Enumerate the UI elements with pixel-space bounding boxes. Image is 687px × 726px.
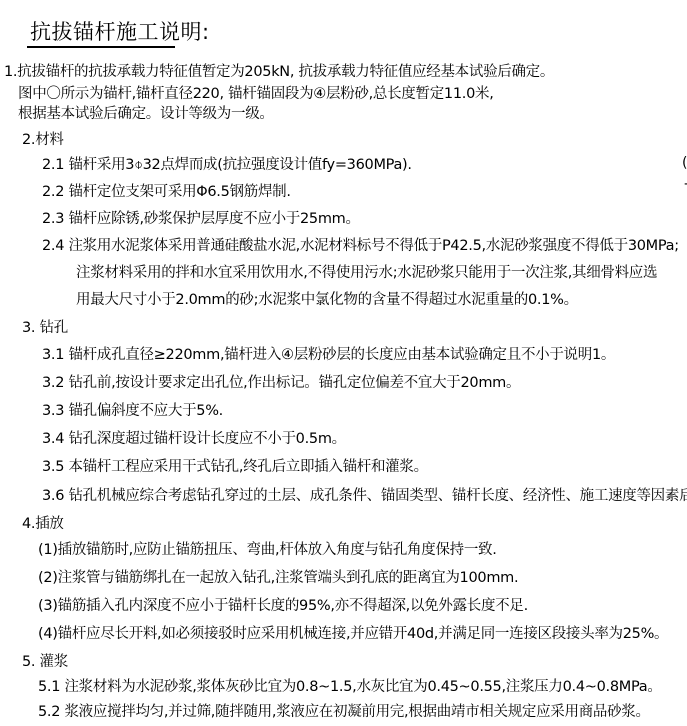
page-title: 抗拔锚杆施工说明: (30, 18, 210, 46)
section5-heading: 5. 灌浆 (22, 652, 68, 672)
section4-item: (2)注浆管与锚筋绑扎在一起放入钻孔,注浆管端头到孔底的距离宜为100mm. (38, 568, 518, 588)
section2-item: 2.4 注浆用水泥浆体采用普通硅酸盐水泥,水泥材料标号不得低于P42.5,水泥砂… (42, 236, 679, 256)
section3-item: 3.3 锚孔偏斜度不应大于5%. (42, 401, 223, 421)
section2-item-continued: 用最大尺寸小于2.0mm的砂;水泥浆中氯化物的含量不得超过水泥重量的0.1%。 (76, 290, 578, 310)
section3-heading: 3. 钻孔 (22, 318, 68, 338)
section4-heading: 4.插放 (22, 514, 64, 534)
section3-item: 3.2 钻孔前,按设计要求定出孔位,作出标记。锚孔定位偏差不宜大于20mm。 (42, 373, 520, 393)
section2-item: 2.3 锚杆应除锈,砂浆保护层厚度不应小于25mm。 (42, 209, 360, 229)
section2-item: 2.2 锚杆定位支架可采用Φ6.5钢筋焊制. (42, 182, 291, 202)
section3-item: 3.1 锚杆成孔直径≥220mm,锚杆进入④层粉砂层的长度应由基本试验确定且不小… (42, 345, 615, 365)
section1-line2: 图中〇所示为锚杆,锚杆直径220, 锚杆锚固段为④层粉砂,总长度暂定11.0米, (18, 84, 494, 104)
section5-item: 5.1 注浆材料为水泥砂浆,浆体灰砂比宜为0.8~1.5,水灰比宜为0.45~0… (38, 677, 662, 697)
section1-line1: 1.抗拔锚杆的抗拔承载力特征值暂定为205kN, 抗拔承载力特征值应经基本试验后… (4, 62, 554, 82)
section2-heading: 2.材料 (22, 130, 64, 150)
section2-item-continued: 注浆材料采用的拌和水宜采用饮用水,不得使用污水;水泥砂浆只能用于一次注浆,其细骨… (76, 263, 657, 283)
stray-mark: ( (682, 155, 687, 171)
section3-item: 3.5 本锚杆工程应采用干式钻孔,终孔后立即插入锚杆和灌浆。 (42, 457, 428, 477)
section5-item: 5.2 浆液应搅拌均匀,并过筛,随拌随用,浆液应在初凝前用完,根据曲靖市相关规定… (38, 702, 650, 722)
section3-item: 3.4 钻孔深度超过锚杆设计长度应不小于0.5m。 (42, 429, 346, 449)
section2-item: 2.1 锚杆采用3⌽32点焊而成(抗拉强度设计值fy=360MPa). (42, 155, 412, 175)
section4-item: (1)插放锚筋时,应防止锚筋扭压、弯曲,杆体放入角度与钻孔角度保持一致. (38, 540, 497, 560)
section3-item: 3.6 钻孔机械应综合考虑钻孔穿过的土层、成孔条件、锚固类型、锚杆长度、经济性、… (42, 486, 687, 506)
title-underline (27, 46, 175, 48)
section4-item: (4)锚杆应尽长开料,如必须接驳时应采用机械连接,并应错开40d,并满足同一连接… (38, 624, 668, 644)
section4-item: (3)锚筋插入孔内深度不应小于锚杆长度的95%,亦不得超深,以免外露长度不足. (38, 596, 528, 616)
section1-line3: 根据基本试验后确定。设计等级为一级。 (18, 104, 274, 124)
